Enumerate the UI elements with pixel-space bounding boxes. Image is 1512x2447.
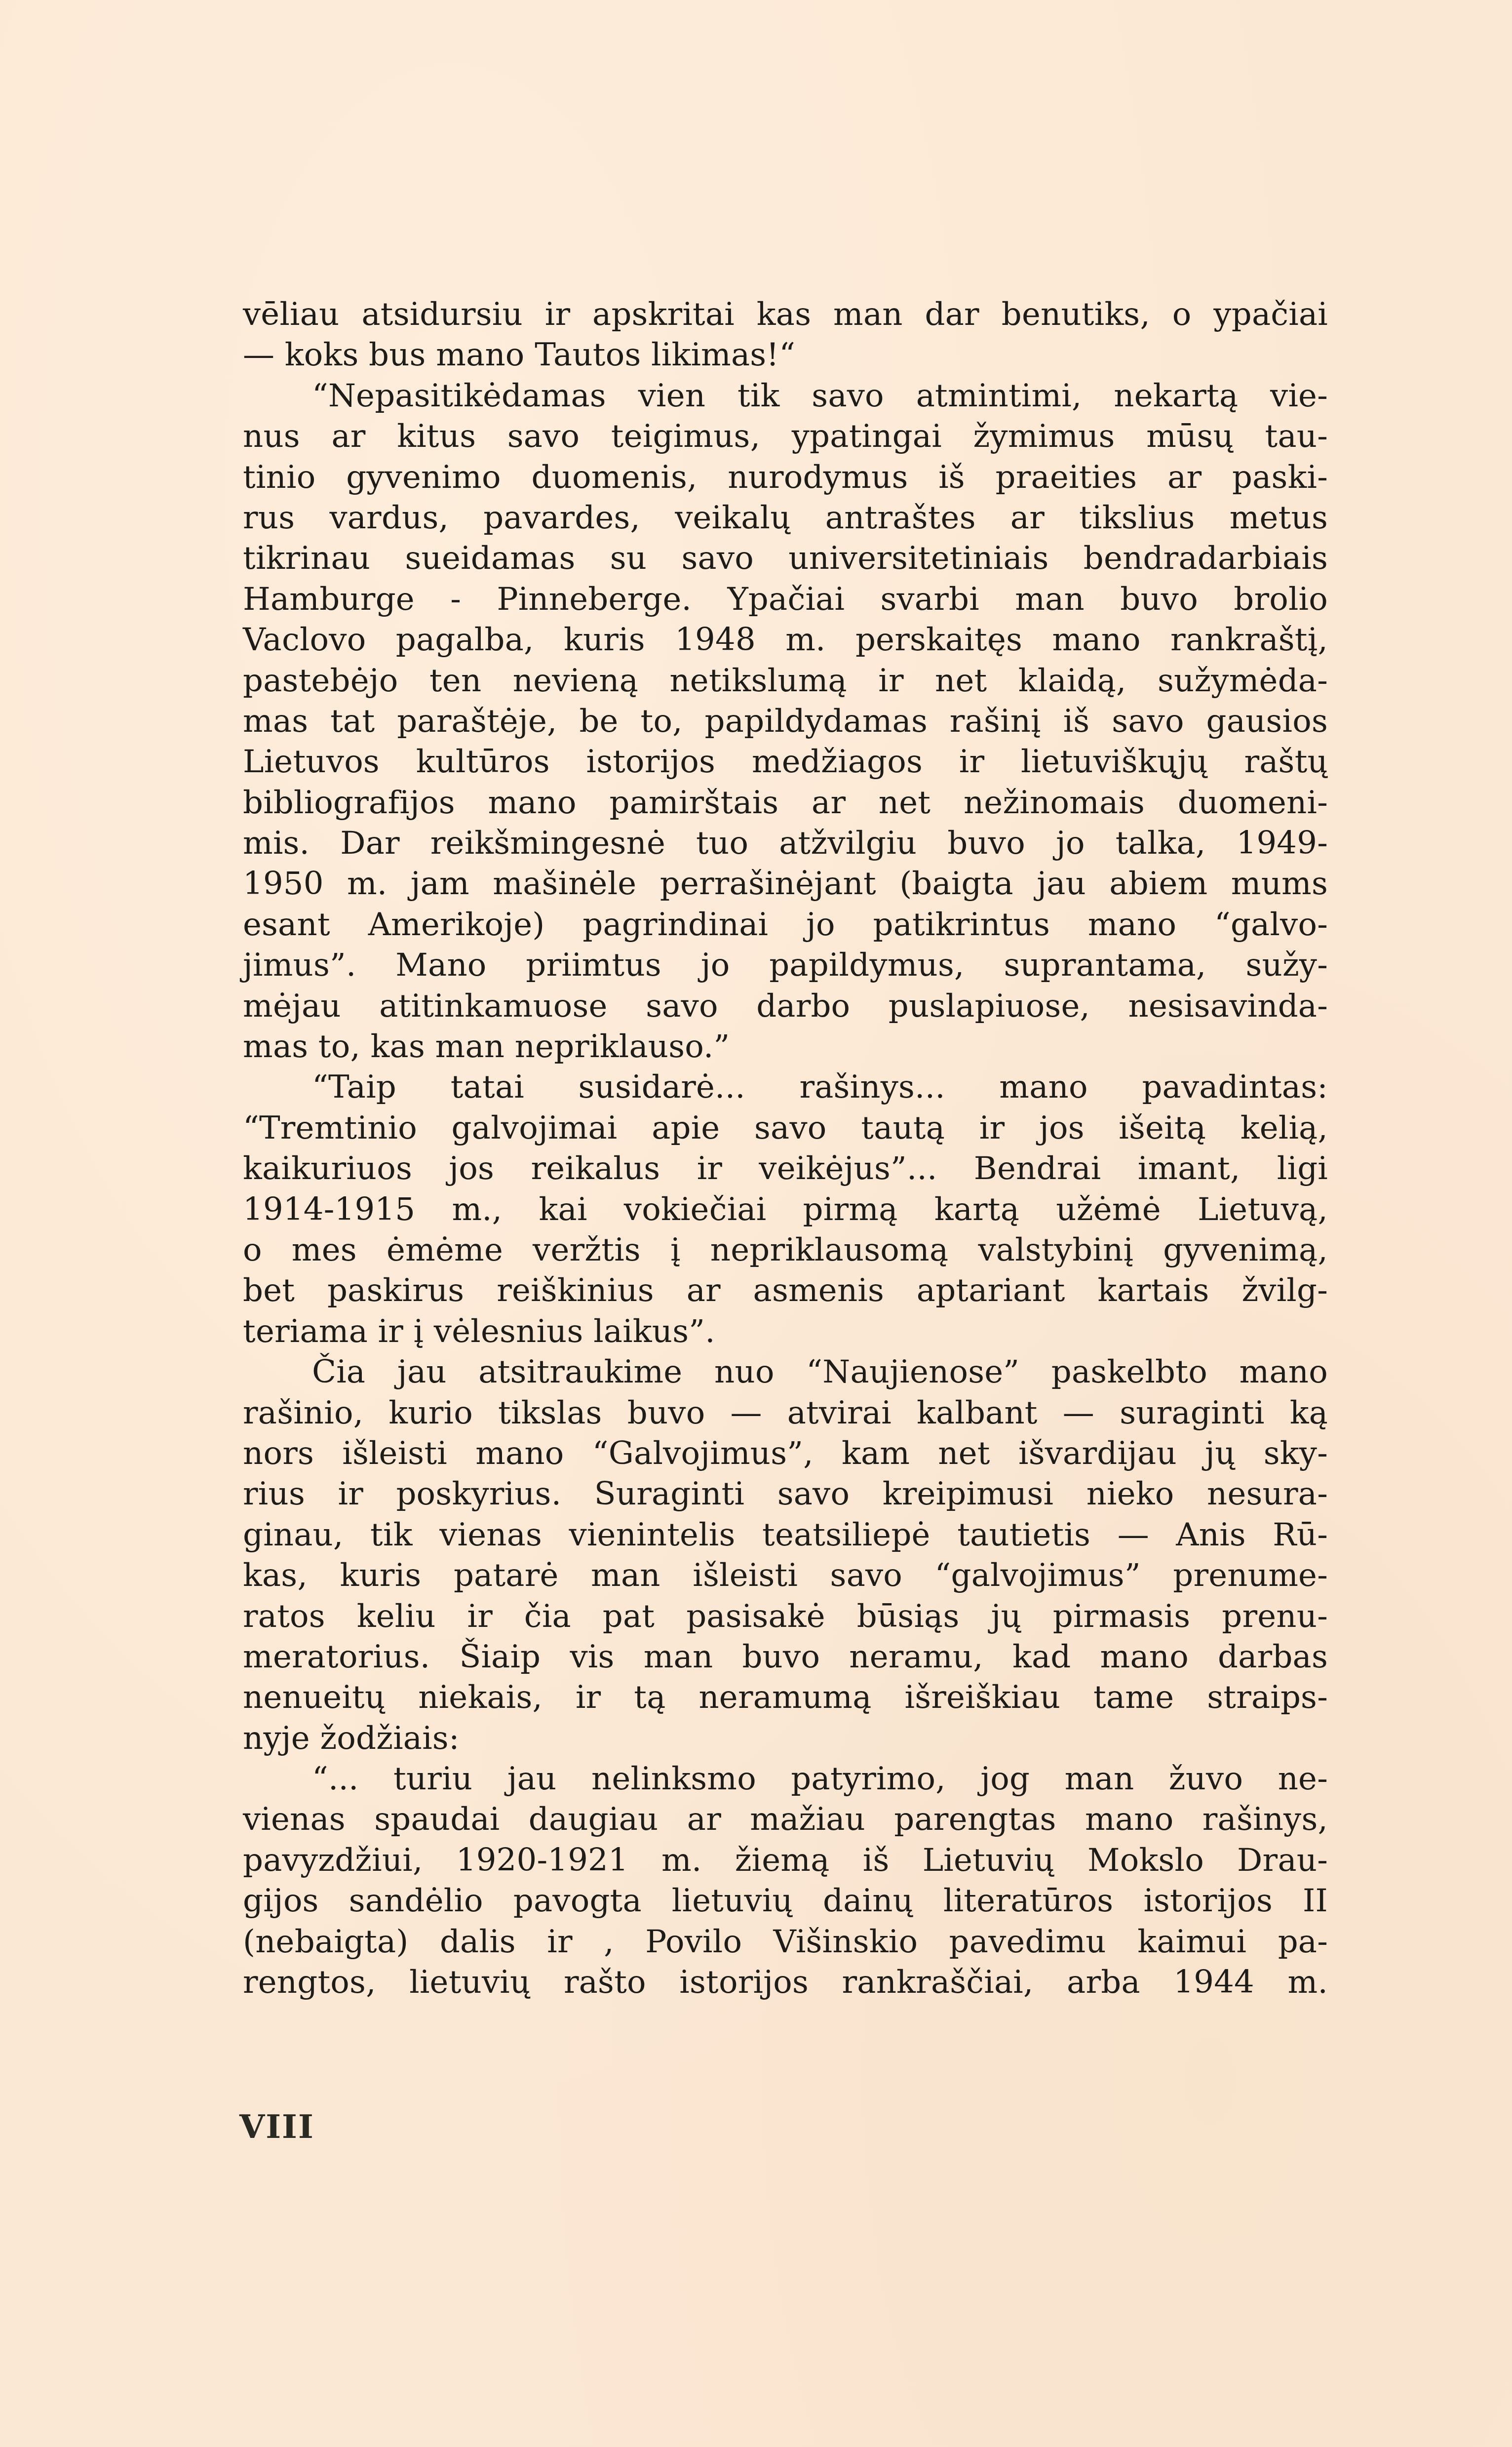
text-line: mas tat paraštėje, be to, papildydamas r… (243, 701, 1328, 742)
text-line: “Taip tatai susidarė... rašinys... mano … (243, 1067, 1328, 1107)
text-line: Lietuvos kultūros istorijos medžiagos ir… (243, 742, 1328, 782)
text-line: nors išleisti mano “Galvojimus”, kam net… (243, 1433, 1328, 1474)
text-line: 1950 m. jam mašinėle perrašinėjant (baig… (243, 864, 1328, 904)
text-line: bibliografijos mano pamirštais ar net ne… (243, 783, 1328, 823)
text-line: gijos sandėlio pavogta lietuvių dainų li… (243, 1881, 1328, 1921)
text-line: esant Amerikoje) pagrindinai jo patikrin… (243, 905, 1328, 945)
text-line: Čia jau atsitraukime nuo “Naujienose” pa… (243, 1352, 1328, 1392)
text-line: kas, kuris patarė man išleisti savo “gal… (243, 1555, 1328, 1596)
text-line: nyje žodžiais: (243, 1718, 1328, 1759)
text-line: “Tremtinio galvojimai apie savo tautą ir… (243, 1108, 1328, 1148)
text-line: meratorius. Šiaip vis man buvo neramu, k… (243, 1637, 1328, 1677)
text-line: (nebaigta) dalis ir , Povilo Višinskio p… (243, 1922, 1328, 1962)
text-line: 1914-1915 m., kai vokiečiai pirmą kartą … (243, 1189, 1328, 1230)
text-line: Hamburge - Pinneberge. Ypačiai svarbi ma… (243, 579, 1328, 620)
text-line: — koks bus mano Tautos likimas!“ (243, 335, 1328, 375)
text-line: o mes ėmėme veržtis į nepriklausomą vals… (243, 1230, 1328, 1270)
text-line: pastebėjo ten nevieną netikslumą ir net … (243, 661, 1328, 701)
text-line: tikrinau sueidamas su savo universitetin… (243, 538, 1328, 579)
text-line: tinio gyvenimo duomenis, nurodymus iš pr… (243, 457, 1328, 498)
text-line: pavyzdžiui, 1920-1921 m. žiemą iš Lietuv… (243, 1840, 1328, 1881)
text-line: “... turiu jau nelinksmo patyrimo, jog m… (243, 1759, 1328, 1799)
body-text: vēliau atsidursiu ir apskritai kas man d… (243, 294, 1328, 2003)
text-line: vēliau atsidursiu ir apskritai kas man d… (243, 294, 1328, 335)
text-line: rus vardus, pavardes, veikalų antraštes … (243, 498, 1328, 538)
text-line: rengtos, lietuvių rašto istorijos rankra… (243, 1962, 1328, 2003)
text-line: bet paskirus reiškinius ar asmenis aptar… (243, 1270, 1328, 1311)
page-number: VIII (239, 2107, 314, 2146)
text-line: vienas spaudai daugiau ar mažiau parengt… (243, 1799, 1328, 1840)
book-page: vēliau atsidursiu ir apskritai kas man d… (0, 0, 1512, 2447)
text-line: rašinio, kurio tikslas buvo — atvirai ka… (243, 1393, 1328, 1433)
text-line: mėjau atitinkamuose savo darbo puslapiuo… (243, 986, 1328, 1026)
text-line: Vaclovo pagalba, kuris 1948 m. perskaitę… (243, 620, 1328, 660)
text-line: ratos keliu ir čia pat pasisakė būsiąs j… (243, 1596, 1328, 1637)
text-line: nus ar kitus savo teigimus, ypatingai žy… (243, 416, 1328, 457)
text-line: mas to, kas man nepriklauso.” (243, 1026, 1328, 1067)
text-line: nenueitų niekais, ir tą neramumą išreišk… (243, 1677, 1328, 1718)
text-line: kaikuriuos jos reikalus ir veikėjus”... … (243, 1148, 1328, 1189)
text-line: “Nepasitikėdamas vien tik savo atmintimi… (243, 376, 1328, 416)
text-line: jimus”. Mano priimtus jo papildymus, sup… (243, 945, 1328, 986)
text-line: ginau, tik vienas vienintelis teatsiliep… (243, 1515, 1328, 1555)
text-line: mis. Dar reikšmingesnė tuo atžvilgiu buv… (243, 823, 1328, 864)
text-line: rius ir poskyrius. Suraginti savo kreipi… (243, 1474, 1328, 1514)
text-line: teriama ir į vėlesnius laikus”. (243, 1311, 1328, 1352)
